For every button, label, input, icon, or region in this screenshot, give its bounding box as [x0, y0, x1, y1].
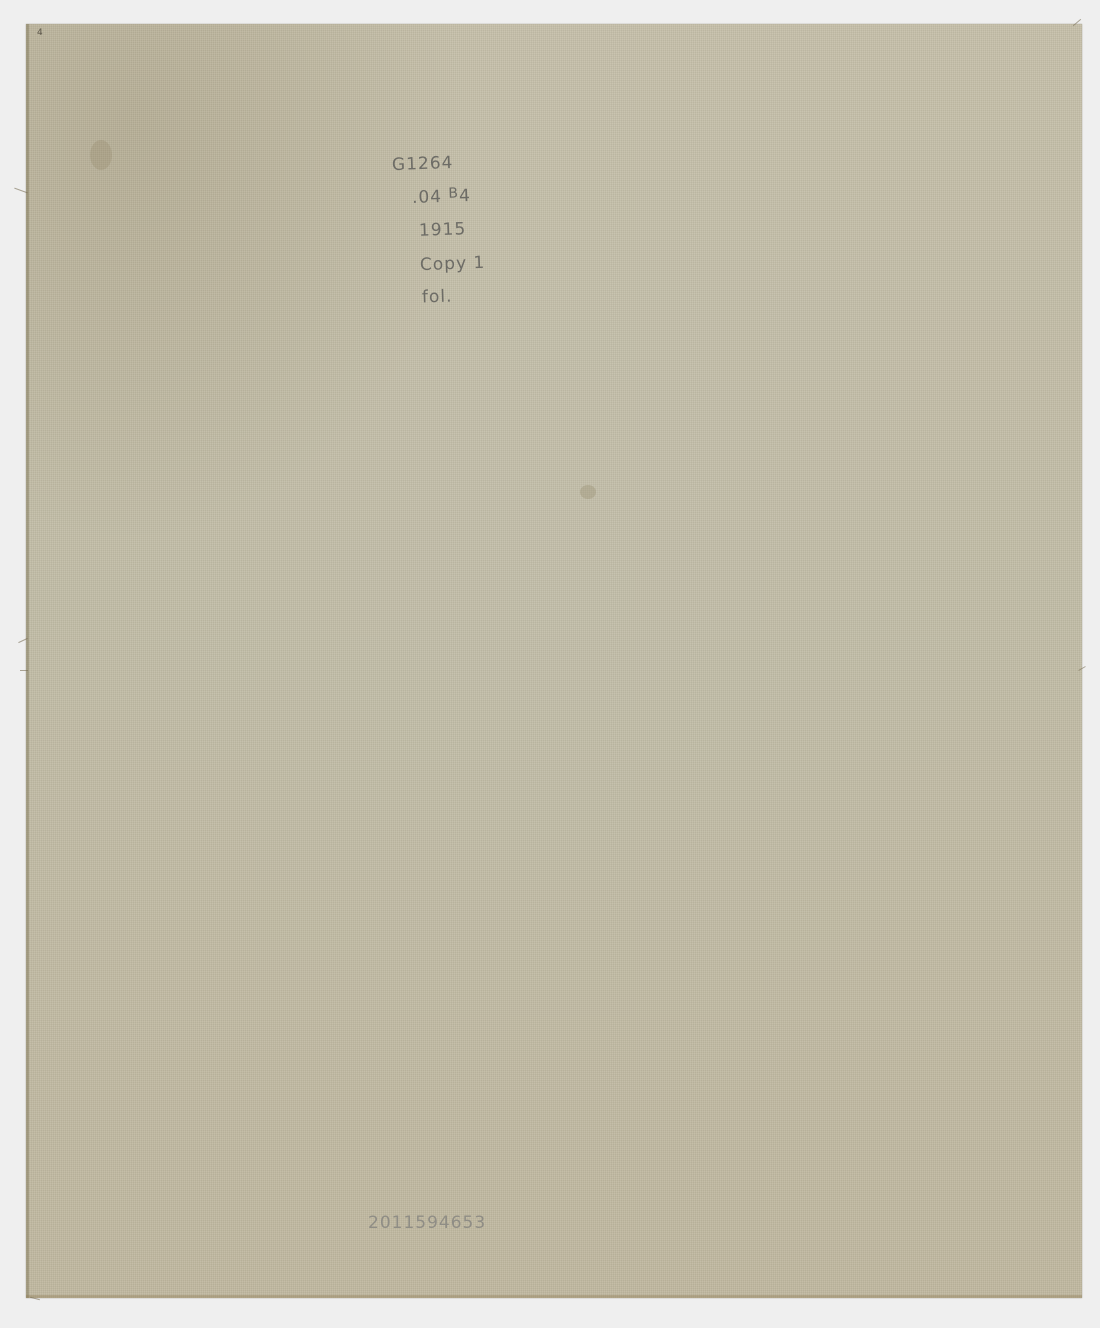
call-number-line-5: fol.: [422, 288, 453, 306]
call-number-line-2: .04 B4: [412, 186, 472, 207]
stain-mark: [90, 140, 112, 170]
call-number-line-2-prefix: .04: [412, 187, 443, 208]
call-number-line-2-suffix: 4: [459, 186, 472, 206]
corner-pencil-mark: 4: [37, 28, 43, 38]
fray-left-2: [20, 670, 28, 671]
call-number-line-2-sup: B: [448, 185, 459, 201]
cloth-backing-sheet: [26, 24, 1082, 1298]
stain-mark: [580, 485, 596, 499]
barcode-number: 2011594653: [368, 1213, 486, 1233]
call-number-line-4: Copy 1: [420, 255, 486, 274]
call-number-line-1: G1264: [392, 155, 454, 174]
call-number-line-3: 1915: [419, 221, 467, 240]
